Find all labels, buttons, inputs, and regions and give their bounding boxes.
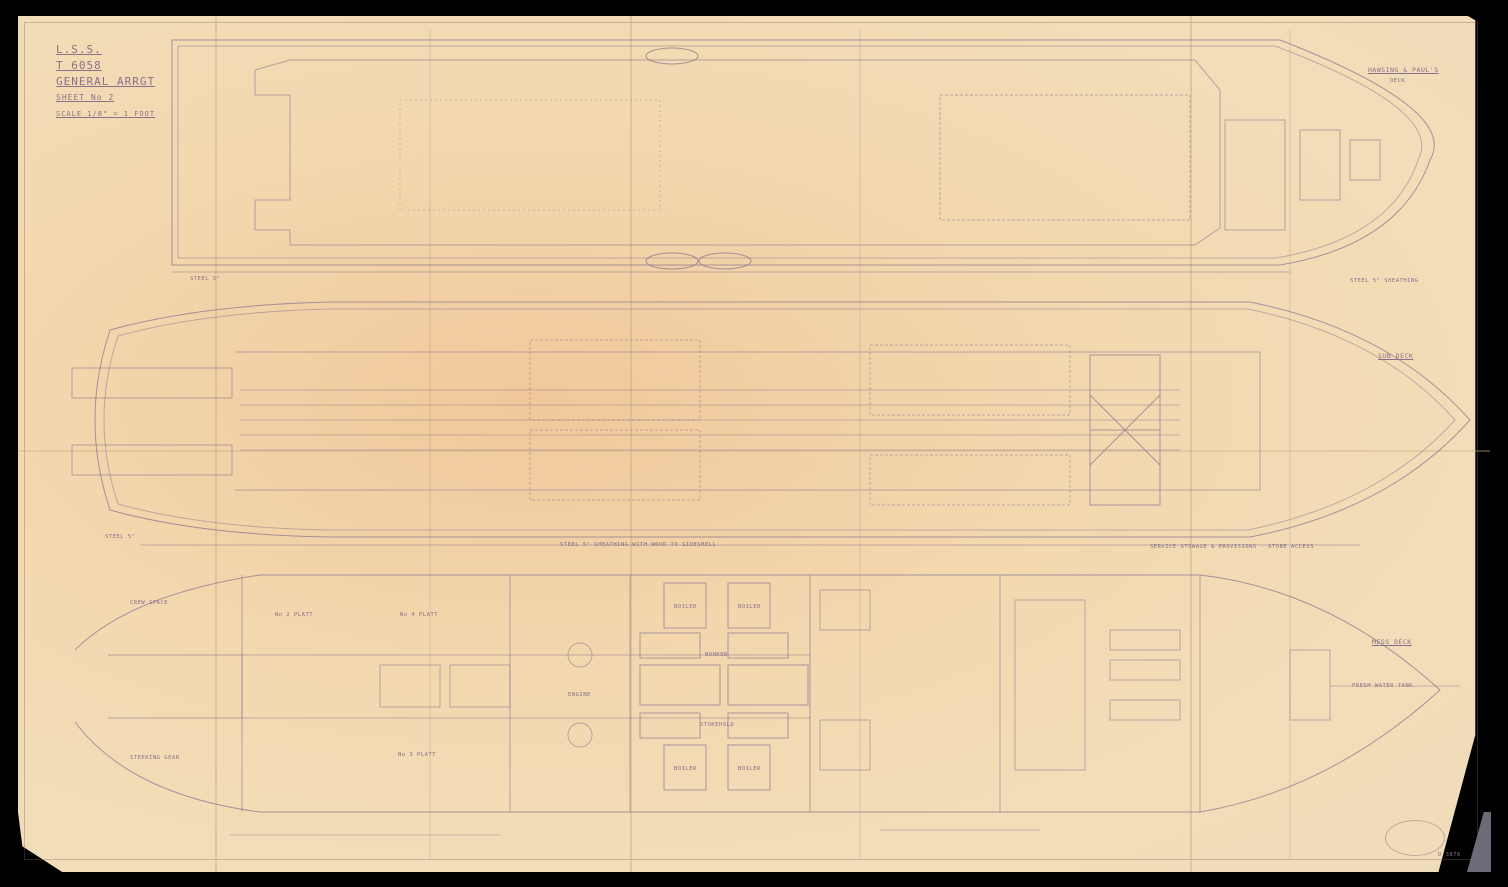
deck-label-upper: HAWSING & PAUL'S — [1368, 66, 1439, 74]
bunker-label: BUNKER — [705, 652, 728, 658]
boiler-label: BOILER — [674, 766, 697, 772]
middle-deck-plan — [72, 302, 1470, 545]
note-stern-middle: STEEL 5" — [105, 534, 136, 540]
platt-label: No 3 PLATT — [398, 752, 436, 758]
boiler-label: BOILER — [738, 604, 761, 610]
boiler-label: BOILER — [738, 766, 761, 772]
note-bow-middle: SERVICE STOWAGE & PROVISIONS - STORE ACC… — [1150, 544, 1314, 550]
note-bow-upper: STEEL 5" SHEATHING — [1350, 278, 1419, 284]
boiler-label: BOILER — [674, 604, 697, 610]
platt-label: No 4 PLATT — [400, 612, 438, 618]
archive-stamp — [1385, 820, 1445, 856]
catalogue-ref: D 3876 — [1438, 852, 1461, 858]
platt-label: No 2 PLATT — [275, 612, 313, 618]
ship-drawing — [0, 0, 1508, 887]
upper-deck-plan — [172, 40, 1434, 272]
deck-sublabel-upper: DECK — [1390, 78, 1405, 84]
deck-label-middle: SUB DECK — [1378, 352, 1413, 360]
engine-label: ENGINE — [568, 692, 591, 698]
note-mid-middle: STEEL 5" SHEATHING WITH WOOD TO SIDESHEL… — [560, 542, 716, 548]
stokehold-label: STOKEHOLD — [700, 722, 734, 728]
note-mid-lower: FRESH WATER TANK — [1352, 683, 1413, 689]
note-stern-upper: STEEL 5" — [190, 276, 221, 282]
crew-space-label: CREW SPACE — [130, 600, 168, 606]
deck-label-lower: MESS DECK — [1372, 638, 1412, 646]
steering-gear-label: STEERING GEAR — [130, 755, 180, 761]
